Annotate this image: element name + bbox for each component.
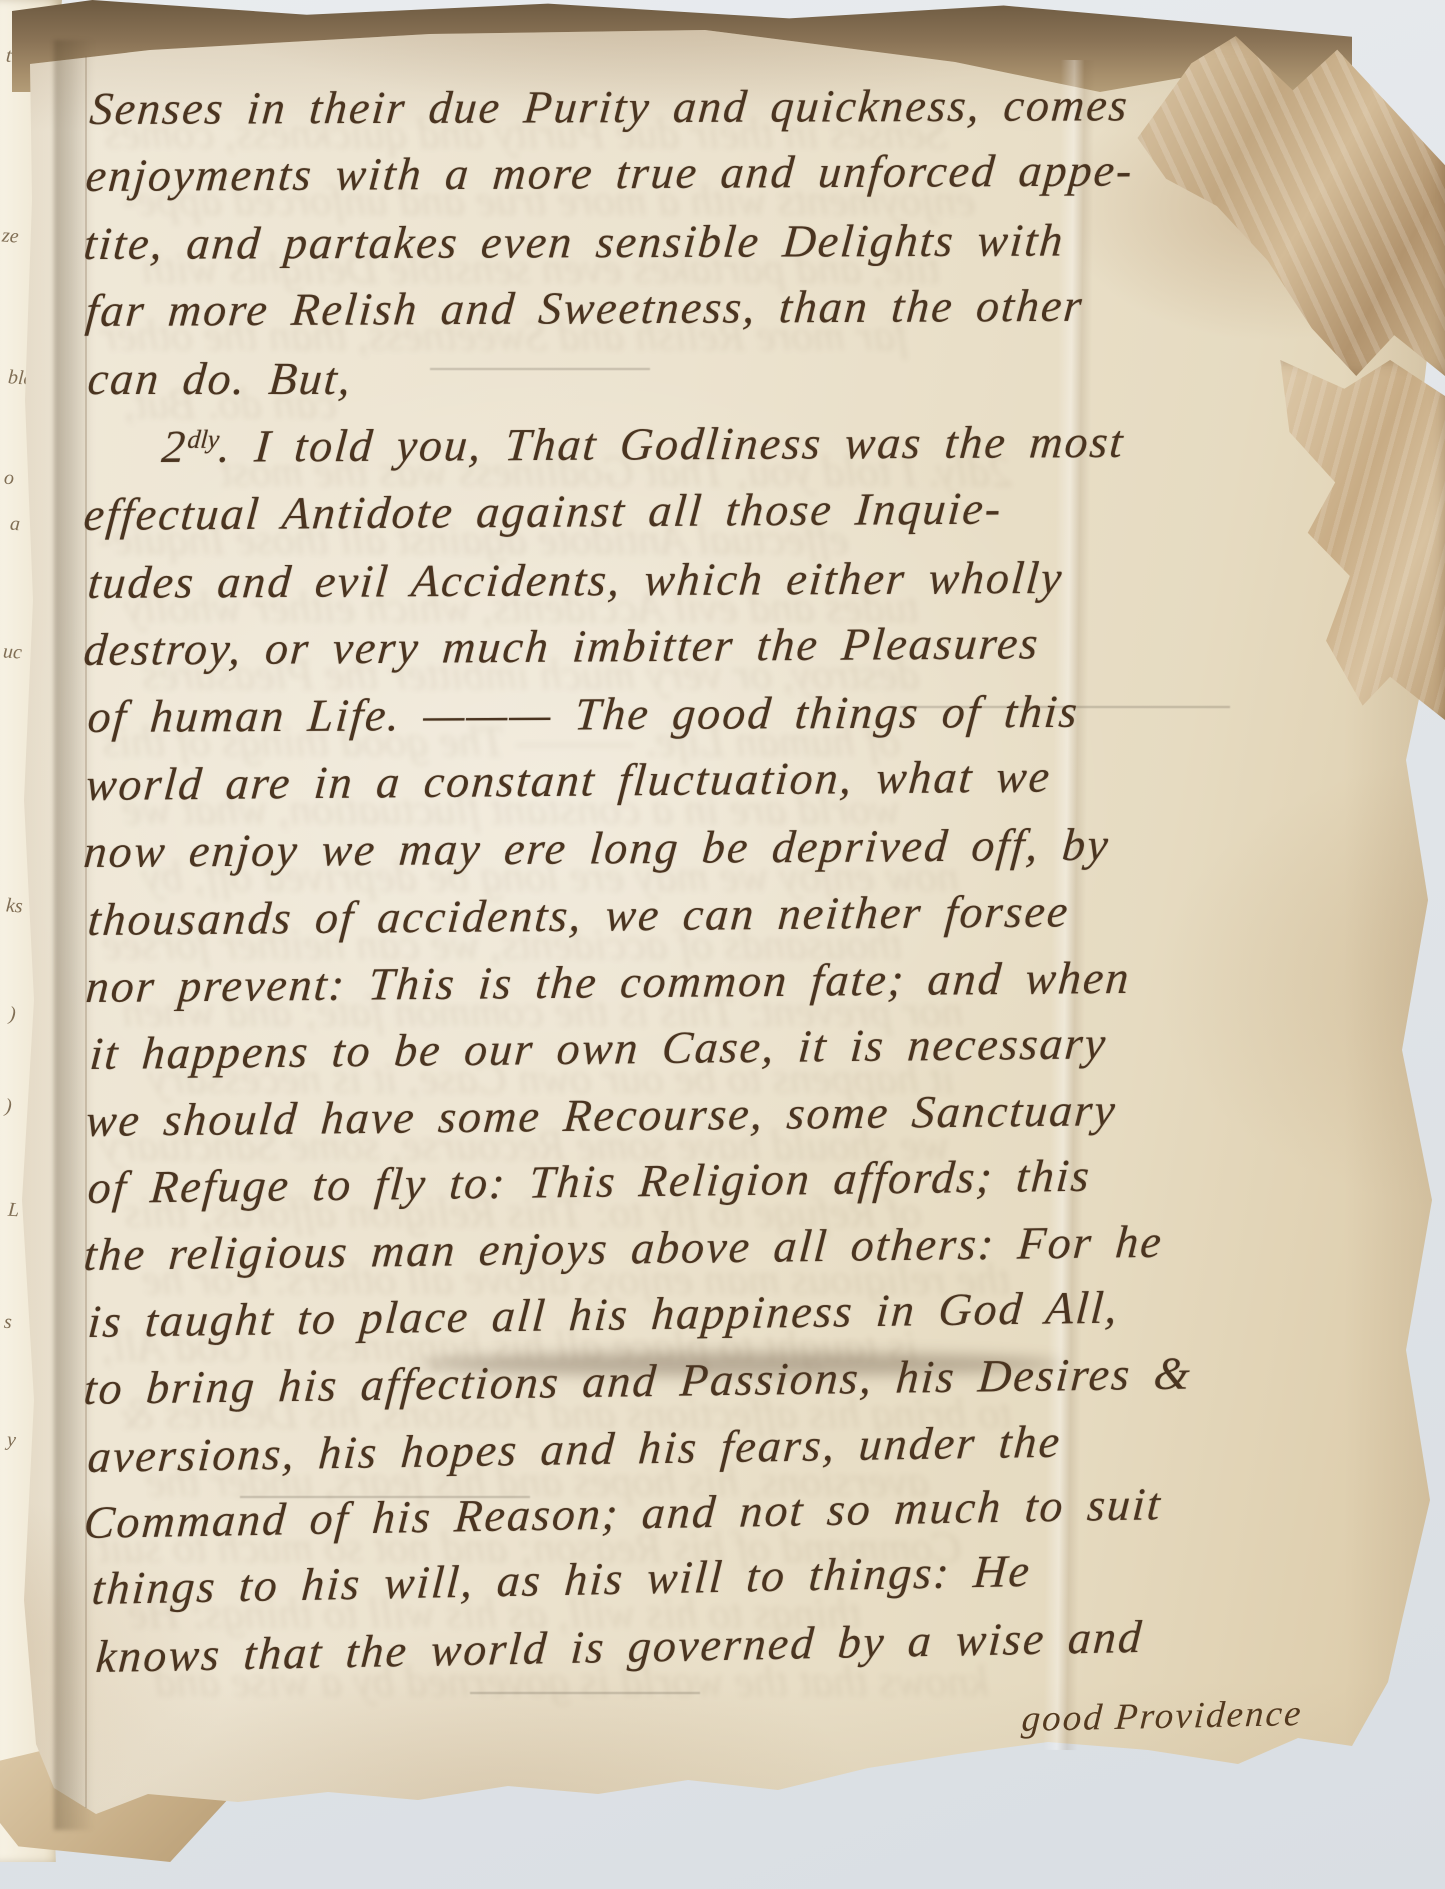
manuscript-line: world are in a constant fluctuation, wha…: [84, 754, 1053, 808]
manuscript-line: now enjoy we may ere long be deprived of…: [82, 822, 1111, 875]
manuscript-line: Senses in their due Purity and quickness…: [88, 82, 1131, 132]
manuscript-line: can do. But,: [86, 356, 354, 402]
edge-text-fragment: ): [4, 1096, 12, 1116]
manuscript-line: it happens to be our own Case, it is nec…: [88, 1020, 1109, 1077]
manuscript-line-text: . I told you, That Godliness was the mos…: [217, 416, 1127, 472]
edge-text-fragment: a: [9, 514, 20, 535]
edge-text-fragment: L: [7, 1200, 19, 1221]
manuscript-line: enjoyments with a more true and unforced…: [84, 148, 1135, 199]
manuscript-line: tudes and evil Accidents, which either w…: [86, 555, 1065, 606]
manuscript-line: thousands of accidents, we can neither f…: [86, 888, 1071, 943]
edge-text-fragment: ): [8, 1004, 16, 1024]
edge-text-fragment: ze: [1, 225, 19, 246]
manuscript-line: far more Relish and Sweetness, than the …: [84, 283, 1085, 334]
edge-text-fragment: uc: [2, 641, 22, 662]
manuscript-line: destroy, or very much imbitter the Pleas…: [82, 620, 1041, 673]
manuscript-line: of Refuge to fly to: This Religion affor…: [86, 1153, 1092, 1211]
manuscript-line: tite, and partakes even sensible Delight…: [82, 218, 1066, 267]
edge-text-fragment: y: [6, 1430, 16, 1451]
manuscript-line: of human Life. ——— The good things of th…: [86, 689, 1081, 740]
manuscript-line: we should have some Recourse, some Sanct…: [84, 1087, 1118, 1144]
pencil-guide-line: [470, 1692, 700, 1694]
manuscript-line: 2dly. I told you, That Godliness was the…: [160, 419, 1126, 470]
edge-text-fragment: o: [3, 468, 14, 489]
pencil-guide-line: [430, 368, 650, 370]
manuscript-line: effectual Antidote against all those Inq…: [82, 486, 1004, 538]
manuscript-photo: { "page": { "lines": [ {"text": "Senses …: [0, 0, 1445, 1889]
catchword: good Providence: [1021, 1695, 1304, 1738]
ordinal-number: 2: [160, 421, 189, 472]
edge-text-fragment: ks: [5, 895, 23, 916]
edge-text-fragment: s: [3, 1312, 12, 1332]
ordinal-suffix: dly: [186, 425, 220, 454]
manuscript-line: nor prevent: This is the common fate; an…: [84, 955, 1132, 1010]
